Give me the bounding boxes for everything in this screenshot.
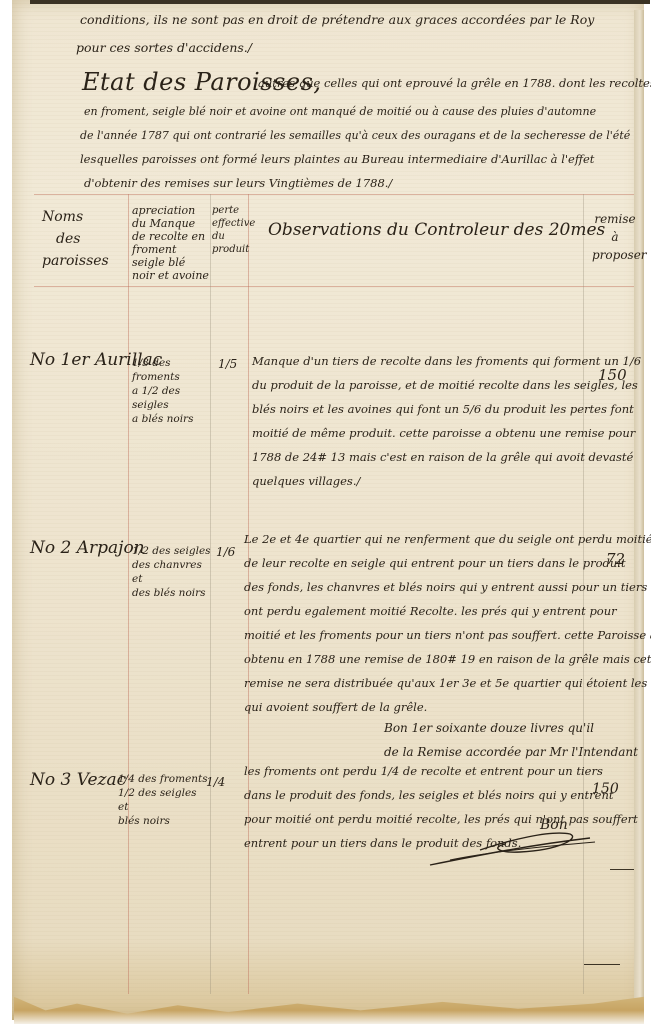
observation-line: quelques villages./ bbox=[252, 476, 360, 488]
column-divider-observations bbox=[583, 194, 584, 994]
header-names-line-3: paroisses bbox=[42, 250, 122, 272]
column-divider-names bbox=[128, 194, 129, 994]
column-divider-perte bbox=[248, 194, 249, 994]
observation-line: des fonds, les chanvres et blés noirs qu… bbox=[244, 582, 647, 594]
observation-line: dans le produit des fonds, les seigles e… bbox=[244, 790, 614, 802]
approval-annotation-line: Bon 1er soixante douze livres qu'il bbox=[384, 722, 594, 734]
preamble-line-2: pour ces sortes d'accidens./ bbox=[76, 42, 252, 55]
paper-top-edge bbox=[30, 0, 650, 4]
intro-line-4: lesquelles paroisses ont formé leurs pla… bbox=[80, 154, 594, 166]
observation-line: moitié et les froments pour un tiers n'o… bbox=[244, 630, 651, 642]
perte-cell: 1/6 bbox=[216, 546, 235, 558]
intro-line-5: d'obtenir des remises sur leurs Vingtièm… bbox=[84, 178, 392, 190]
header-perte: perte effective du produit bbox=[212, 204, 248, 256]
row-number: No 2 Arpajon bbox=[30, 540, 145, 557]
table-top-rule bbox=[34, 194, 634, 195]
appreciation-cell: 1/2 des seigles des chanvres et des blés… bbox=[132, 544, 212, 600]
header-remise: remise à proposer bbox=[592, 210, 638, 264]
approval-annotation-line: de la Remise accordée par Mr l'Intendant bbox=[384, 746, 638, 758]
remise-cell: 150 bbox=[598, 368, 627, 383]
header-names-line-2: des bbox=[42, 228, 122, 250]
observation-line: les froments ont perdu 1/4 de recolte et… bbox=[244, 766, 603, 778]
observation-line: de leur recolte en seigle qui entrent po… bbox=[244, 558, 626, 570]
remise-cell: 72 bbox=[606, 552, 625, 567]
header-observations: Observations du Controleur des 20mes bbox=[268, 222, 605, 239]
edge-ink-mark bbox=[584, 964, 620, 965]
observation-line: 1788 de 24# 13 mais c'est en raison de l… bbox=[252, 452, 633, 464]
appreciation-cell: 1/3 des froments a 1/2 des seigles a blé… bbox=[132, 356, 212, 426]
intro-line-2: en froment, seigle blé noir et avoine on… bbox=[84, 106, 596, 117]
header-remise-line-3: proposer bbox=[592, 246, 638, 264]
observation-line: moitié de même produit. cette paroisse a… bbox=[252, 428, 635, 440]
header-names-line-1: Noms bbox=[42, 206, 122, 228]
signature-flourish-icon bbox=[420, 820, 600, 870]
perte-cell: 1/5 bbox=[218, 358, 237, 370]
header-bottom-rule bbox=[34, 286, 634, 287]
observation-line: du produit de la paroisse, et de moitié … bbox=[252, 380, 638, 392]
preamble-line-1: conditions, ils ne sont pas en droit de … bbox=[80, 14, 594, 27]
header-remise-line-2: à bbox=[592, 228, 638, 246]
row-number: No 3 Vezac bbox=[30, 772, 126, 789]
intro-line-1: autres que celles qui ont eprouvé la grê… bbox=[258, 78, 651, 90]
observation-line: Manque d'un tiers de recolte dans les fr… bbox=[252, 356, 641, 368]
remise-cell: 150 bbox=[592, 782, 619, 796]
observation-line: ont perdu egalement moitié Recolte. les … bbox=[244, 606, 617, 618]
observation-line: remise ne sera distribuée qu'aux 1er 3e … bbox=[244, 678, 651, 690]
perte-cell: 1/4 bbox=[206, 776, 225, 788]
observation-line: blés noirs et les avoines qui font un 5/… bbox=[252, 404, 634, 416]
appreciation-cell: 1/4 des froments 1/2 des seigles et blés… bbox=[118, 772, 208, 828]
header-remise-line-1: remise bbox=[592, 210, 638, 228]
edge-ink-mark bbox=[610, 869, 634, 870]
header-appreciation: apreciation du Manque de recolte en from… bbox=[132, 204, 210, 282]
observation-line: obtenu en 1788 une remise de 180# 19 en … bbox=[244, 654, 651, 666]
observation-line: qui avoient souffert de la grêle. bbox=[244, 702, 427, 714]
header-names: Noms des paroisses bbox=[42, 206, 122, 272]
intro-line-3: de l'année 1787 qui ont contrarié les se… bbox=[80, 130, 630, 141]
paper-right-edge bbox=[634, 10, 644, 1010]
observation-line: Le 2e et 4e quartier qui ne renferment q… bbox=[244, 534, 651, 546]
